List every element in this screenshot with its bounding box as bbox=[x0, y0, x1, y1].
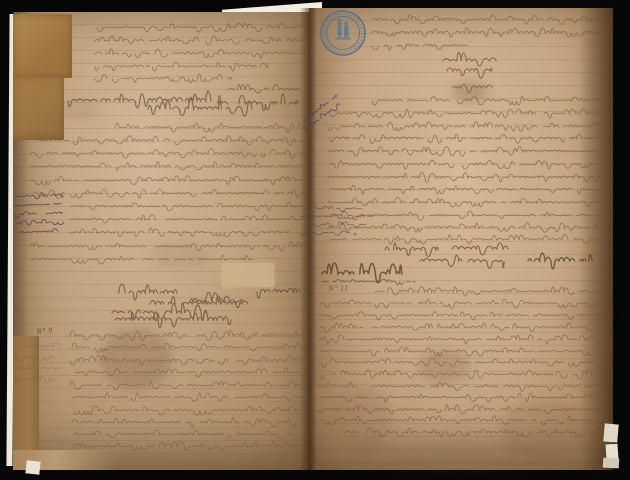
white-tape-fragment bbox=[25, 460, 40, 474]
stain bbox=[418, 350, 470, 384]
stain bbox=[60, 100, 100, 120]
tape-patch-top-left bbox=[13, 14, 72, 78]
stain bbox=[100, 328, 172, 390]
stacked-page-edge bbox=[603, 423, 619, 442]
stain bbox=[225, 140, 271, 166]
stain bbox=[452, 82, 488, 102]
binding-gutter-shadow bbox=[300, 8, 316, 470]
stain bbox=[150, 240, 210, 270]
tape-remnant-over-signatures bbox=[222, 263, 274, 287]
tape-patch-top-left-lower bbox=[13, 76, 64, 140]
stain bbox=[360, 438, 560, 468]
stacked-page-edge bbox=[603, 458, 620, 469]
record-number-label: N° 11 bbox=[328, 283, 349, 293]
official-stamp-icon bbox=[317, 7, 369, 59]
record-number-label: N° 9 bbox=[36, 326, 53, 336]
register-scan: N° 9 N° 11 bbox=[0, 0, 630, 480]
stain bbox=[560, 300, 610, 330]
